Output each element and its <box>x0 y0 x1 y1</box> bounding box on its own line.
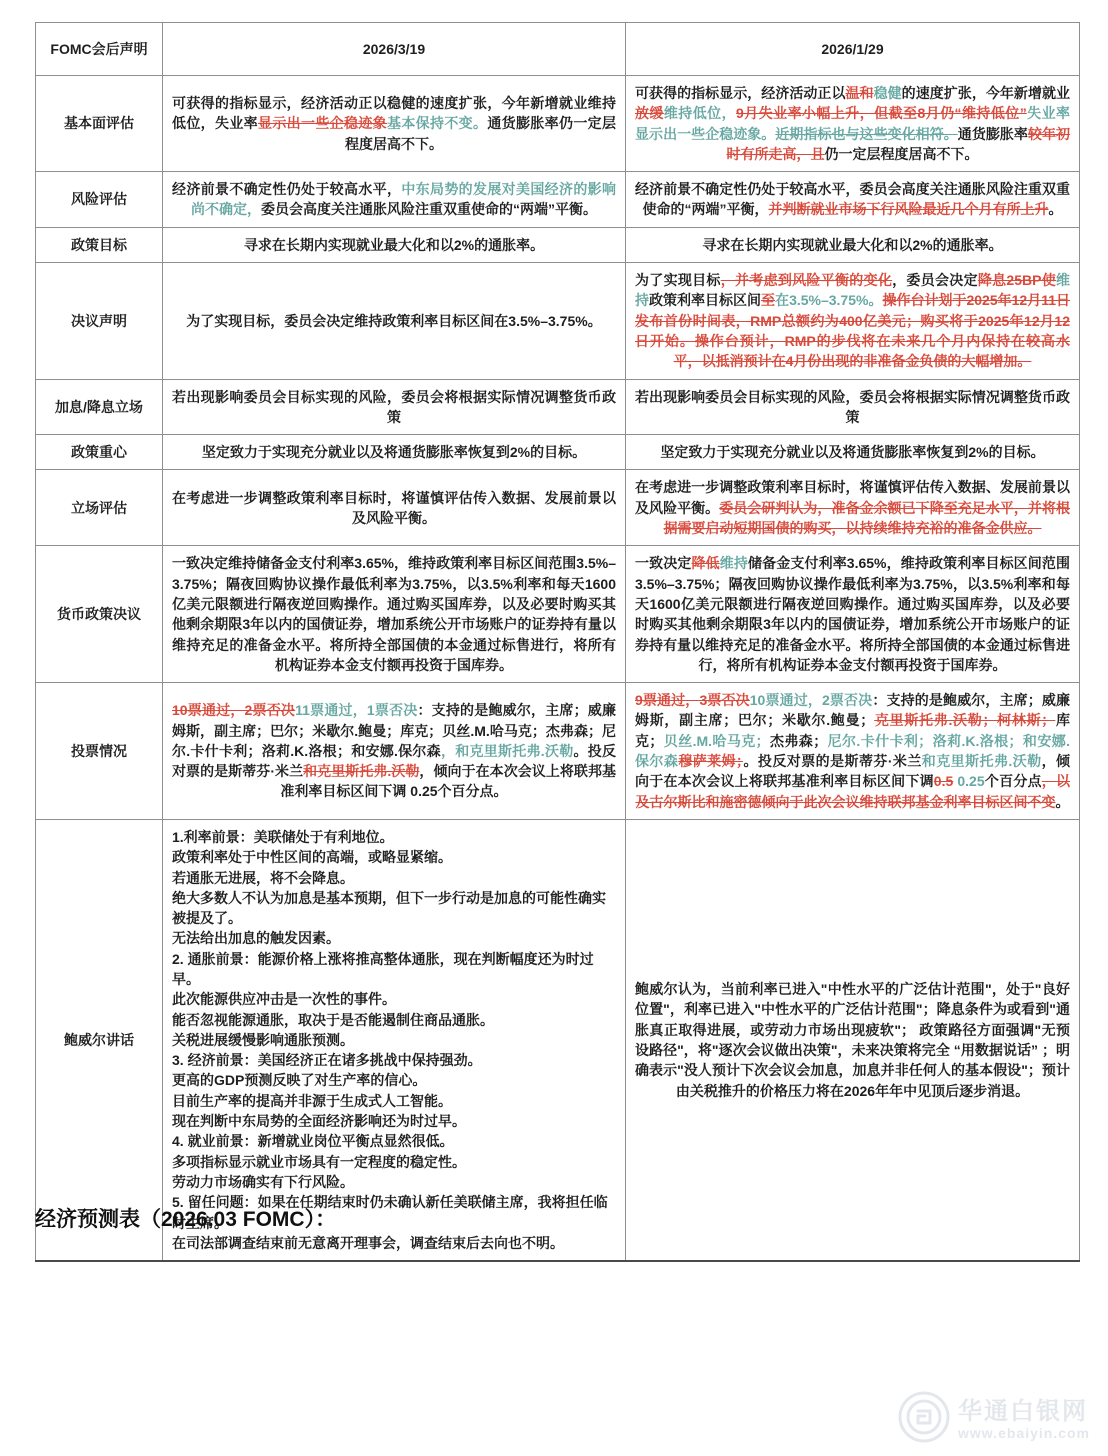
cell-2026-03-19: 为了实现目标，委员会决定维持政策利率目标区间在3.5%–3.75%。 <box>163 263 626 379</box>
text-segment: ，和克里斯托弗.沃勒 <box>441 743 574 759</box>
row-label: 鲍威尔讲话 <box>36 819 163 1261</box>
table-row: 风险评估经济前景不确定性仍处于较高水平，中东局势的发展对美国经济的影响尚不确定，… <box>36 172 1080 228</box>
text-segment: 一致决定 <box>635 555 691 571</box>
text-segment: 为了实现目标 <box>635 272 721 288</box>
text-segment: 维持低位， <box>664 105 736 121</box>
text-segment: 温和 <box>846 85 874 101</box>
row-label: 基本面评估 <box>36 76 163 172</box>
table-row: 立场评估在考虑进一步调整政策利率目标时，将谨慎评估传入数据、发展前景以及风险平衡… <box>36 470 1080 546</box>
cell-2026-03-19: 寻求在长期内实现就业最大化和以2%的通胀率。 <box>163 227 626 262</box>
text-segment: 个百分点 <box>985 773 1042 789</box>
text-segment: 。 <box>1049 201 1063 217</box>
cell-2026-03-19: 坚定致力于实现充分就业以及将通货膨胀率恢复到2%的目标。 <box>163 435 626 470</box>
table-row: 政策重心坚定致力于实现充分就业以及将通货膨胀率恢复到2%的目标。坚定致力于实现充… <box>36 435 1080 470</box>
cell-2026-01-29: 坚定致力于实现充分就业以及将通货膨胀率恢复到2%的目标。 <box>626 435 1080 470</box>
table-row: 决议声明为了实现目标，委员会决定维持政策利率目标区间在3.5%–3.75%。为了… <box>36 263 1080 379</box>
text-segment: 坚定致力于实现充分就业以及将通货膨胀率恢复到2%的目标。 <box>202 444 586 460</box>
text-segment: 0.25 <box>953 773 984 789</box>
text-segment: 放缓 <box>635 105 664 121</box>
text-segment: 在3.5%–3.75%。 <box>775 292 882 308</box>
fomc-table: FOMC会后声明 2026/3/19 2026/1/29 基本面评估可获得的指标… <box>35 22 1080 1262</box>
page: { "colors": { "red": "#d84a3b", "teal": … <box>0 0 1108 1456</box>
cell-2026-01-29: 寻求在长期内实现就业最大化和以2%的通胀率。 <box>626 227 1080 262</box>
text-segment: 鲍威尔认为，当前利率已进入"中性水平的广泛估计范围"，处于"良好位置"，利率已进… <box>635 981 1070 1098</box>
column-header-2026-01-29: 2026/1/29 <box>626 23 1080 76</box>
table-row: 投票情况10票通过，2票否决11票通过，1票否决：支持的是鲍威尔，主席；威廉姆斯… <box>36 683 1080 820</box>
row-label: 政策目标 <box>36 227 163 262</box>
row-label: 政策重心 <box>36 435 163 470</box>
text-segment: 的速度扩张，今年新增就业 <box>902 85 1070 101</box>
text-segment: 。 <box>1056 794 1070 810</box>
text-segment: 0.5 <box>934 773 953 789</box>
text-segment: 若出现影响委员会目标实现的风险，委员会将根据实际情况调整货币政策 <box>635 389 1070 425</box>
watermark: 华通白银网 www.ebaiyin.com <box>898 1391 1090 1448</box>
text-segment: 在考虑进一步调整政策利率目标时，将谨慎评估传入数据、发展前景以及风险平衡。 <box>172 490 616 526</box>
cell-2026-01-29: 经济前景不确定性仍处于较高水平，委员会高度关注通胀风险注重双重使命的“两端”平衡… <box>626 172 1080 228</box>
table-row: 政策目标寻求在长期内实现就业最大化和以2%的通胀率。寻求在长期内实现就业最大化和… <box>36 227 1080 262</box>
row-label: 加息/降息立场 <box>36 379 163 435</box>
text-segment: 为了实现目标，委员会决定维持政策利率目标区间在3.5%–3.75%。 <box>186 313 601 329</box>
text-segment: 并判断就业市场下行风险最近几个月有所上升 <box>769 201 1049 217</box>
text-segment: 寻求在长期内实现就业最大化和以2%的通胀率。 <box>702 237 1002 253</box>
text-segment: 11票通过，1票否决 <box>295 702 417 718</box>
text-segment: 1.利率前景：美联储处于有利地位。 政策利率处于中性区间的高端，或略显紧缩。 若… <box>172 829 608 1251</box>
table-row: 加息/降息立场若出现影响委员会目标实现的风险，委员会将根据实际情况调整货币政策若… <box>36 379 1080 435</box>
text-segment: 9票通过，3票否决 <box>635 692 750 708</box>
text-segment: 政策利率目标区间 <box>649 292 761 308</box>
text-segment: 基本保持不变。 <box>387 115 487 131</box>
text-segment: 杰弗森； <box>770 733 828 749</box>
table-header-row: FOMC会后声明 2026/3/19 2026/1/29 <box>36 23 1080 76</box>
cell-2026-03-19: 若出现影响委员会目标实现的风险，委员会将根据实际情况调整货币政策 <box>163 379 626 435</box>
watermark-site-name: 华通白银网 <box>958 1398 1090 1426</box>
text-segment: ，委员会决定 <box>892 272 978 288</box>
text-segment: 经济前景不确定性仍处于较高水平， <box>172 181 401 197</box>
text-segment: 稳健 <box>874 85 902 101</box>
cell-2026-01-29: 在考虑进一步调整政策利率目标时，将谨慎评估传入数据、发展前景以及风险平衡。委员会… <box>626 470 1080 546</box>
section-title: 经济预测表（2026.03 FOMC）： <box>35 1203 336 1233</box>
fomc-statement-comparison: FOMC会后声明 2026/3/19 2026/1/29 基本面评估可获得的指标… <box>35 22 1079 1262</box>
text-segment: 维持 <box>720 555 748 571</box>
row-label: 决议声明 <box>36 263 163 379</box>
table-title-cell: FOMC会后声明 <box>36 23 163 76</box>
text-segment: 至 <box>761 292 775 308</box>
watermark-site-url: www.ebaiyin.com <box>958 1425 1090 1441</box>
cell-2026-03-19: 经济前景不确定性仍处于较高水平，中东局势的发展对美国经济的影响尚不确定，委员会高… <box>163 172 626 228</box>
row-label: 立场评估 <box>36 470 163 546</box>
text-segment: 若出现影响委员会目标实现的风险，委员会将根据实际情况调整货币政策 <box>172 389 616 425</box>
table-row: 货币政策决议一致决定维持储备金支付利率3.65%，维持政策利率目标区间范围3.5… <box>36 546 1080 683</box>
row-label: 风险评估 <box>36 172 163 228</box>
text-segment: 储备金支付利率3.65%，维持政策利率目标区间范围3.5%–3.75%；隔夜回购… <box>635 555 1070 672</box>
text-segment: 可获得的指标显示，经济活动正以 <box>635 85 846 101</box>
text-segment: 寻求在长期内实现就业最大化和以2%的通胀率。 <box>244 237 544 253</box>
cell-2026-01-29: 若出现影响委员会目标实现的风险，委员会将根据实际情况调整货币政策 <box>626 379 1080 435</box>
cell-2026-01-29: 鲍威尔认为，当前利率已进入"中性水平的广泛估计范围"，处于"良好位置"，利率已进… <box>626 819 1080 1261</box>
row-label: 投票情况 <box>36 683 163 820</box>
text-segment: 和克里斯托弗.沃勒 <box>922 753 1042 769</box>
row-label: 货币政策决议 <box>36 546 163 683</box>
text-segment: ，并考虑到风险平衡的变化 <box>721 272 892 288</box>
cell-2026-03-19: 10票通过，2票否决11票通过，1票否决：支持的是鲍威尔，主席；威廉姆斯，副主席… <box>163 683 626 820</box>
table-row: 基本面评估可获得的指标显示，经济活动正以稳健的速度扩张，今年新增就业维持低位，失… <box>36 76 1080 172</box>
cell-2026-01-29: 可获得的指标显示，经济活动正以温和稳健的速度扩张，今年新增就业放缓维持低位，9月… <box>626 76 1080 172</box>
cell-2026-03-19: 在考虑进一步调整政策利率目标时，将谨慎评估传入数据、发展前景以及风险平衡。 <box>163 470 626 546</box>
cell-2026-01-29: 一致决定降低维持储备金支付利率3.65%，维持政策利率目标区间范围3.5%–3.… <box>626 546 1080 683</box>
text-segment: 降息25BP使 <box>978 272 1056 288</box>
text-segment: 。投反对票的是斯蒂芬·米兰 <box>743 753 922 769</box>
text-segment: 降低 <box>691 555 719 571</box>
fomc-table-body: FOMC会后声明 2026/3/19 2026/1/29 基本面评估可获得的指标… <box>36 23 1080 1262</box>
cell-2026-03-19: 1.利率前景：美联储处于有利地位。 政策利率处于中性区间的高端，或略显紧缩。 若… <box>163 819 626 1261</box>
text-segment: 仍一定层程度居高不下。 <box>825 146 979 162</box>
text-segment: 通货膨胀率 <box>958 126 1028 142</box>
text-segment: 克里斯托弗.沃勒；柯林斯； <box>874 712 1055 728</box>
text-segment: 近期指标也与这些变化相符。 <box>775 126 957 142</box>
cell-2026-01-29: 为了实现目标，并考虑到风险平衡的变化，委员会决定降息25BP使维持政策利率目标区… <box>626 263 1080 379</box>
text-segment: 坚定致力于实现充分就业以及将通货膨胀率恢复到2%的目标。 <box>660 444 1044 460</box>
text-segment: 10票通过，2票否决 <box>750 692 873 708</box>
text-segment: 委员会高度关注通胀风险注重双重使命的“两端”平衡。 <box>261 201 597 217</box>
cell-2026-03-19: 可获得的指标显示，经济活动正以稳健的速度扩张，今年新增就业维持低位，失业率显示出… <box>163 76 626 172</box>
text-segment: 9月失业率小幅上升，但截至8月仍“维持低位” <box>736 105 1027 121</box>
text-segment: 显示出一些企稳迹象 <box>258 115 387 131</box>
text-segment: 一致决定维持储备金支付利率3.65%，维持政策利率目标区间范围3.5%–3.75… <box>172 555 616 672</box>
text-segment: 10票通过，2票否决 <box>172 702 295 718</box>
cell-2026-01-29: 9票通过，3票否决10票通过，2票否决：支持的是鲍威尔，主席；威廉姆斯，副主席；… <box>626 683 1080 820</box>
watermark-logo-icon <box>898 1391 950 1448</box>
text-segment: 贝丝.M.哈马克； <box>663 733 769 749</box>
table-row: 鲍威尔讲话1.利率前景：美联储处于有利地位。 政策利率处于中性区间的高端，或略显… <box>36 819 1080 1261</box>
text-segment: 委员会研判认为，准备金余额已下降至充足水平，并将根据需要启动短期国债的购买，以持… <box>664 500 1071 536</box>
column-header-2026-03-19: 2026/3/19 <box>163 23 626 76</box>
text-segment: 穆萨莱姆； <box>678 753 743 769</box>
text-segment: 和克里斯托弗.沃勒 <box>303 763 419 779</box>
cell-2026-03-19: 一致决定维持储备金支付利率3.65%，维持政策利率目标区间范围3.5%–3.75… <box>163 546 626 683</box>
